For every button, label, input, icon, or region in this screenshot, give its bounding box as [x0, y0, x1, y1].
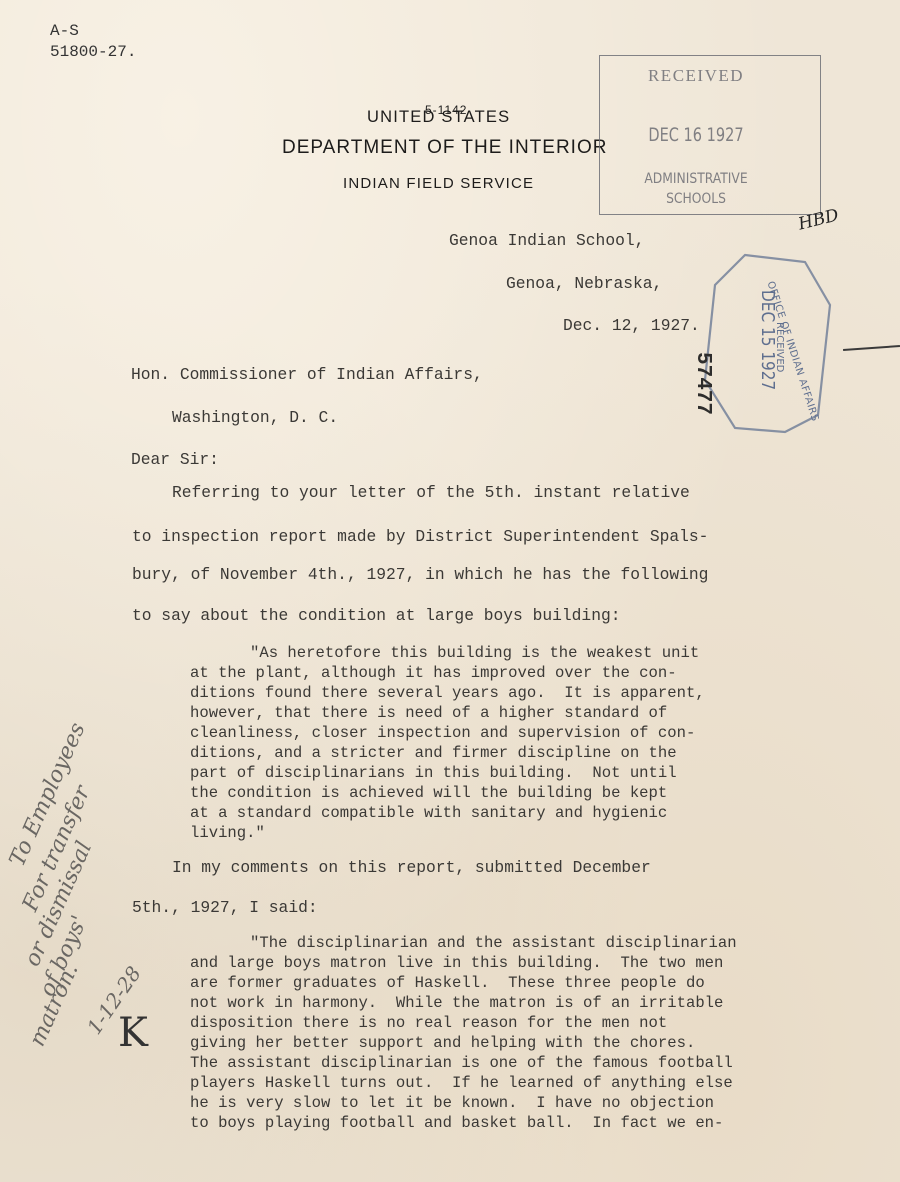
margin-pen-mark — [843, 345, 900, 350]
letterhead-line2: DEPARTMENT OF THE INTERIOR — [282, 137, 607, 159]
quote2-line: disposition there is no real reason for … — [190, 1013, 667, 1033]
paragraph2-line: 5th., 1927, I said: — [132, 898, 318, 917]
paragraph1-line: bury, of November 4th., 1927, in which h… — [132, 565, 708, 584]
quote1-line: living." — [190, 823, 265, 843]
paragraph1-line: to inspection report made by District Su… — [132, 527, 708, 546]
margin-note-initial: K — [118, 1010, 148, 1056]
quote1-line: cleanliness, closer inspection and super… — [190, 723, 695, 743]
quote2-line: he is very slow to let it be known. I ha… — [190, 1093, 714, 1113]
quote2-line: players Haskell turns out. If he learned… — [190, 1073, 733, 1093]
paragraph2-line: In my comments on this report, submitted… — [172, 858, 651, 877]
quote1-line: part of disciplinarians in this building… — [190, 763, 677, 783]
quote2-line: The assistant disciplinarian is one of t… — [190, 1053, 733, 1073]
recipient-line2: Washington, D. C. — [172, 408, 338, 427]
recipient-line1: Hon. Commissioner of Indian Affairs, — [131, 365, 483, 384]
letter-date: Dec. 12, 1927. — [563, 316, 700, 335]
file-reference: A-S 51800-27. — [50, 21, 136, 63]
salutation: Dear Sir: — [131, 450, 219, 469]
margin-note-line5: matron. — [25, 960, 84, 1050]
quote1-line: ditions, and a stricter and firmer disci… — [190, 743, 677, 763]
quote2-line: to boys playing football and basket ball… — [190, 1113, 723, 1133]
registry-number: 57477 — [691, 352, 714, 415]
letterhead-line3: INDIAN FIELD SERVICE — [343, 175, 534, 192]
quote2-line: are former graduates of Haskell. These t… — [190, 973, 705, 993]
file-reference-line1: A-S — [50, 22, 79, 40]
quote2-line: and large boys matron live in this build… — [190, 953, 723, 973]
received-stamp: RECEIVED DEC 16 1927 ADMINISTRATIVE SCHO… — [599, 55, 821, 215]
paragraph1-line: to say about the condition at large boys… — [132, 606, 621, 625]
quote1-line: the condition is achieved will the build… — [190, 783, 667, 803]
quote2-line: "The disciplinarian and the assistant di… — [250, 933, 737, 953]
stamp-dept-line2: SCHOOLS — [602, 191, 791, 207]
letterhead-line1: UNITED STATES — [367, 108, 510, 127]
quote1-line: at the plant, although it has improved o… — [190, 663, 677, 683]
quote2-line: not work in harmony. While the matron is… — [190, 993, 723, 1013]
quote1-line: ditions found there several years ago. I… — [190, 683, 705, 703]
paragraph1-line: Referring to your letter of the 5th. ins… — [172, 483, 690, 502]
quote1-line: at a standard compatible with sanitary a… — [190, 803, 667, 823]
stamp-received-date: DEC 16 1927 — [602, 124, 791, 146]
quote2-line: giving her better support and helping wi… — [190, 1033, 695, 1053]
quote1-line: however, that there is need of a higher … — [190, 703, 667, 723]
stamp-received-title: RECEIVED — [585, 66, 807, 86]
file-reference-line2: 51800-27. — [50, 43, 136, 61]
quote1-line: "As heretofore this building is the weak… — [250, 643, 699, 663]
sender-address-line1: Genoa Indian School, — [449, 231, 644, 250]
sender-address-line2: Genoa, Nebraska, — [506, 274, 662, 293]
stamp-dept-line1: ADMINISTRATIVE — [602, 171, 791, 187]
octagon-stamp-date: DEC 15 1927 — [757, 290, 778, 390]
